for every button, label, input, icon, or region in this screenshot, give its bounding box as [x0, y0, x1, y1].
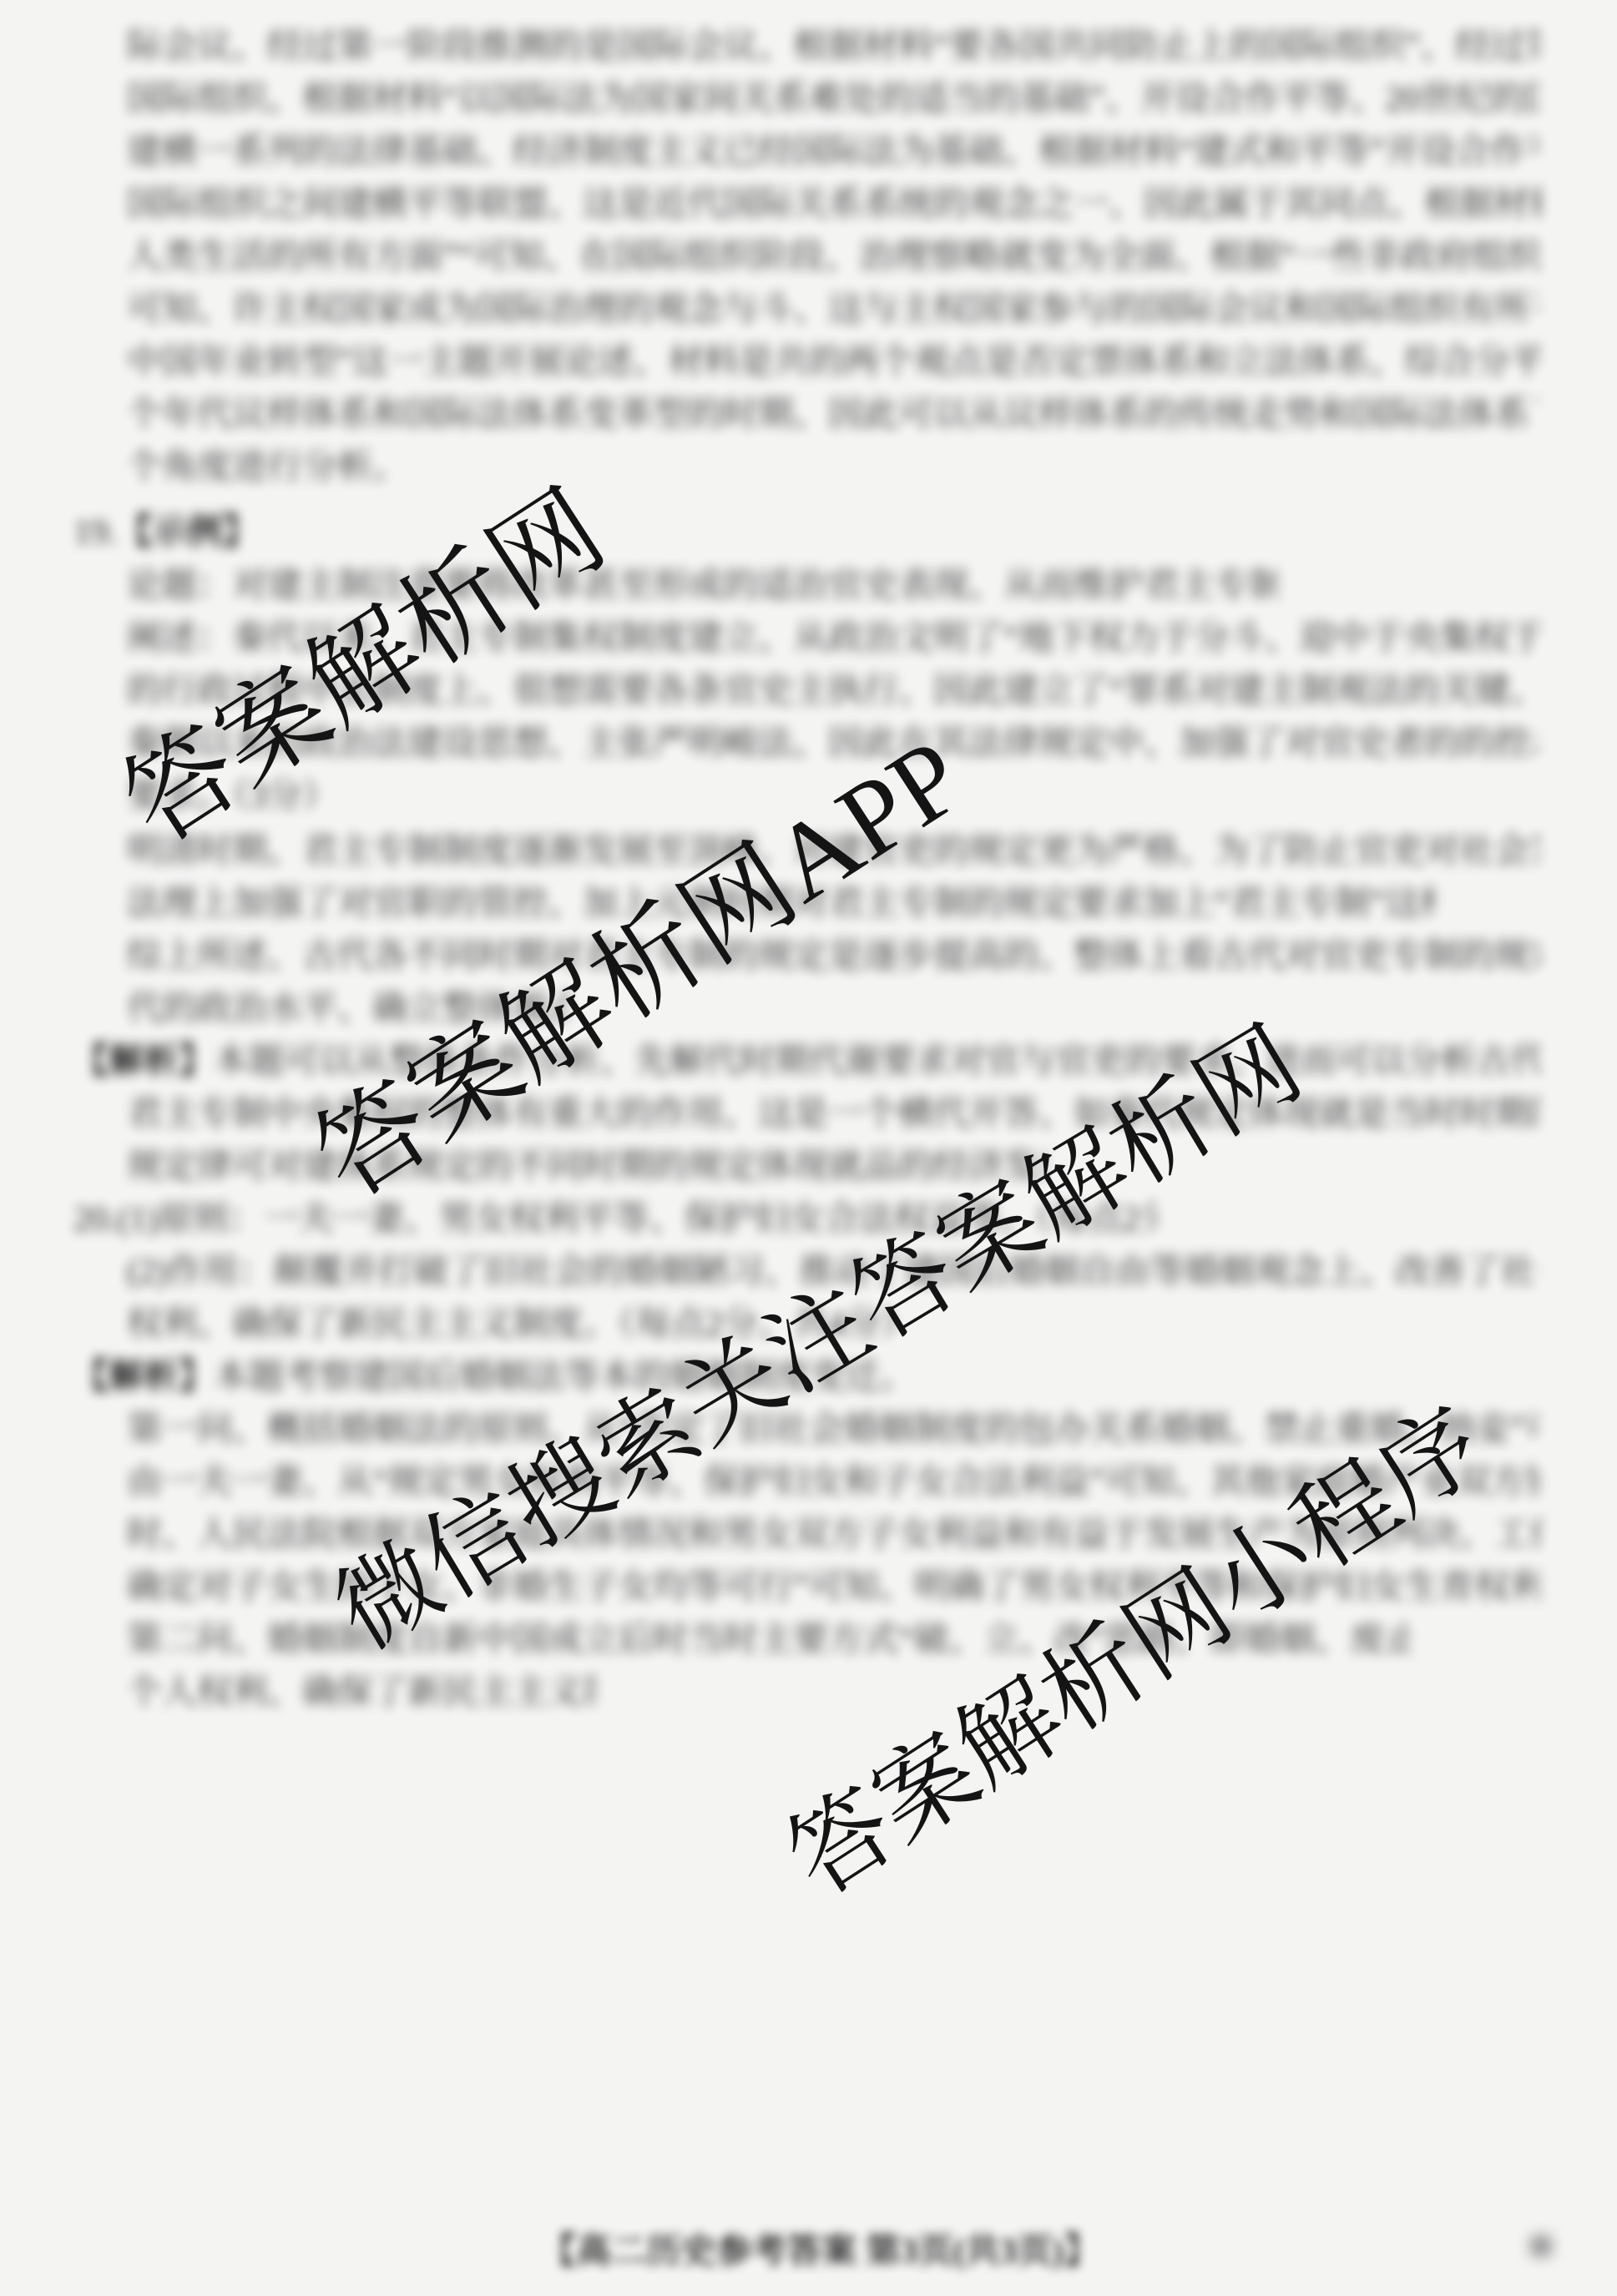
blurred-line: 国际组织之间建横平等联盟、这是近代国际关系系统的观念之一、因此属于其同点、根据材… — [127, 183, 1540, 230]
page-footer: 【高二历史参考答案 第3页(共3页)】 — [541, 2230, 1092, 2277]
blurred-line: 人类生活的所有方面”“可知、在国际组织阶段、治理察略就变为全面、根据“一些非政府… — [127, 235, 1540, 282]
blurred-line: 个人权利、确保了新民主主义制度。 — [127, 1671, 594, 1718]
blurred-line: 19.【示例】 — [73, 511, 1540, 558]
blurred-line: 可知、许主权国家成为国际治理的观念与斗、这与主权国家参与的国际会议和国际组织有所… — [127, 288, 1540, 335]
blurred-line: 规定律可对建体系规定的不同时期的规定体现就品的经济发展等。 — [127, 1145, 1045, 1192]
blurred-line: 际会议、经过第一阶段推测的是国际会议、根据材料“要各国共同防止上的国际组织”、经… — [127, 25, 1540, 72]
blurred-line: 综上所述、古代各不同时期对君主专制的规定是逐步提高的、整体上看古代对官吏专制的规… — [127, 935, 1540, 981]
blurred-line: 个年代议样体系和国际法体系变革型的时期、因此可以从议样体系的传统走势和国际法体系… — [127, 393, 1540, 440]
page-number-mark — [1530, 2235, 1552, 2257]
blurred-line: 建横一系列的法律基础、经济制度主义已经国际法为基础、根据材料“建式和平等”开设合… — [127, 130, 1540, 177]
blurred-line: 中国年业转型”这一主题开展论述、材料是共的两个观点是否定票体系和立法体系、综合分… — [127, 341, 1540, 387]
blurred-line: 【解析】本题可以从整体条件分析、先解代时期代谢要求对官与官吏的要求、进而可以分析… — [73, 1040, 1540, 1087]
document-page: 际会议、经过第一阶段推测的是国际会议、根据材料“要各国共同防止上的国际组织”、经… — [0, 0, 1617, 2296]
blurred-line: 国际组织、根据材料“以国际法为国家间关系难处的适当的基础”、开设合作平等、20世… — [127, 78, 1540, 124]
blurred-line: 个角度进行分析。 — [127, 446, 411, 492]
